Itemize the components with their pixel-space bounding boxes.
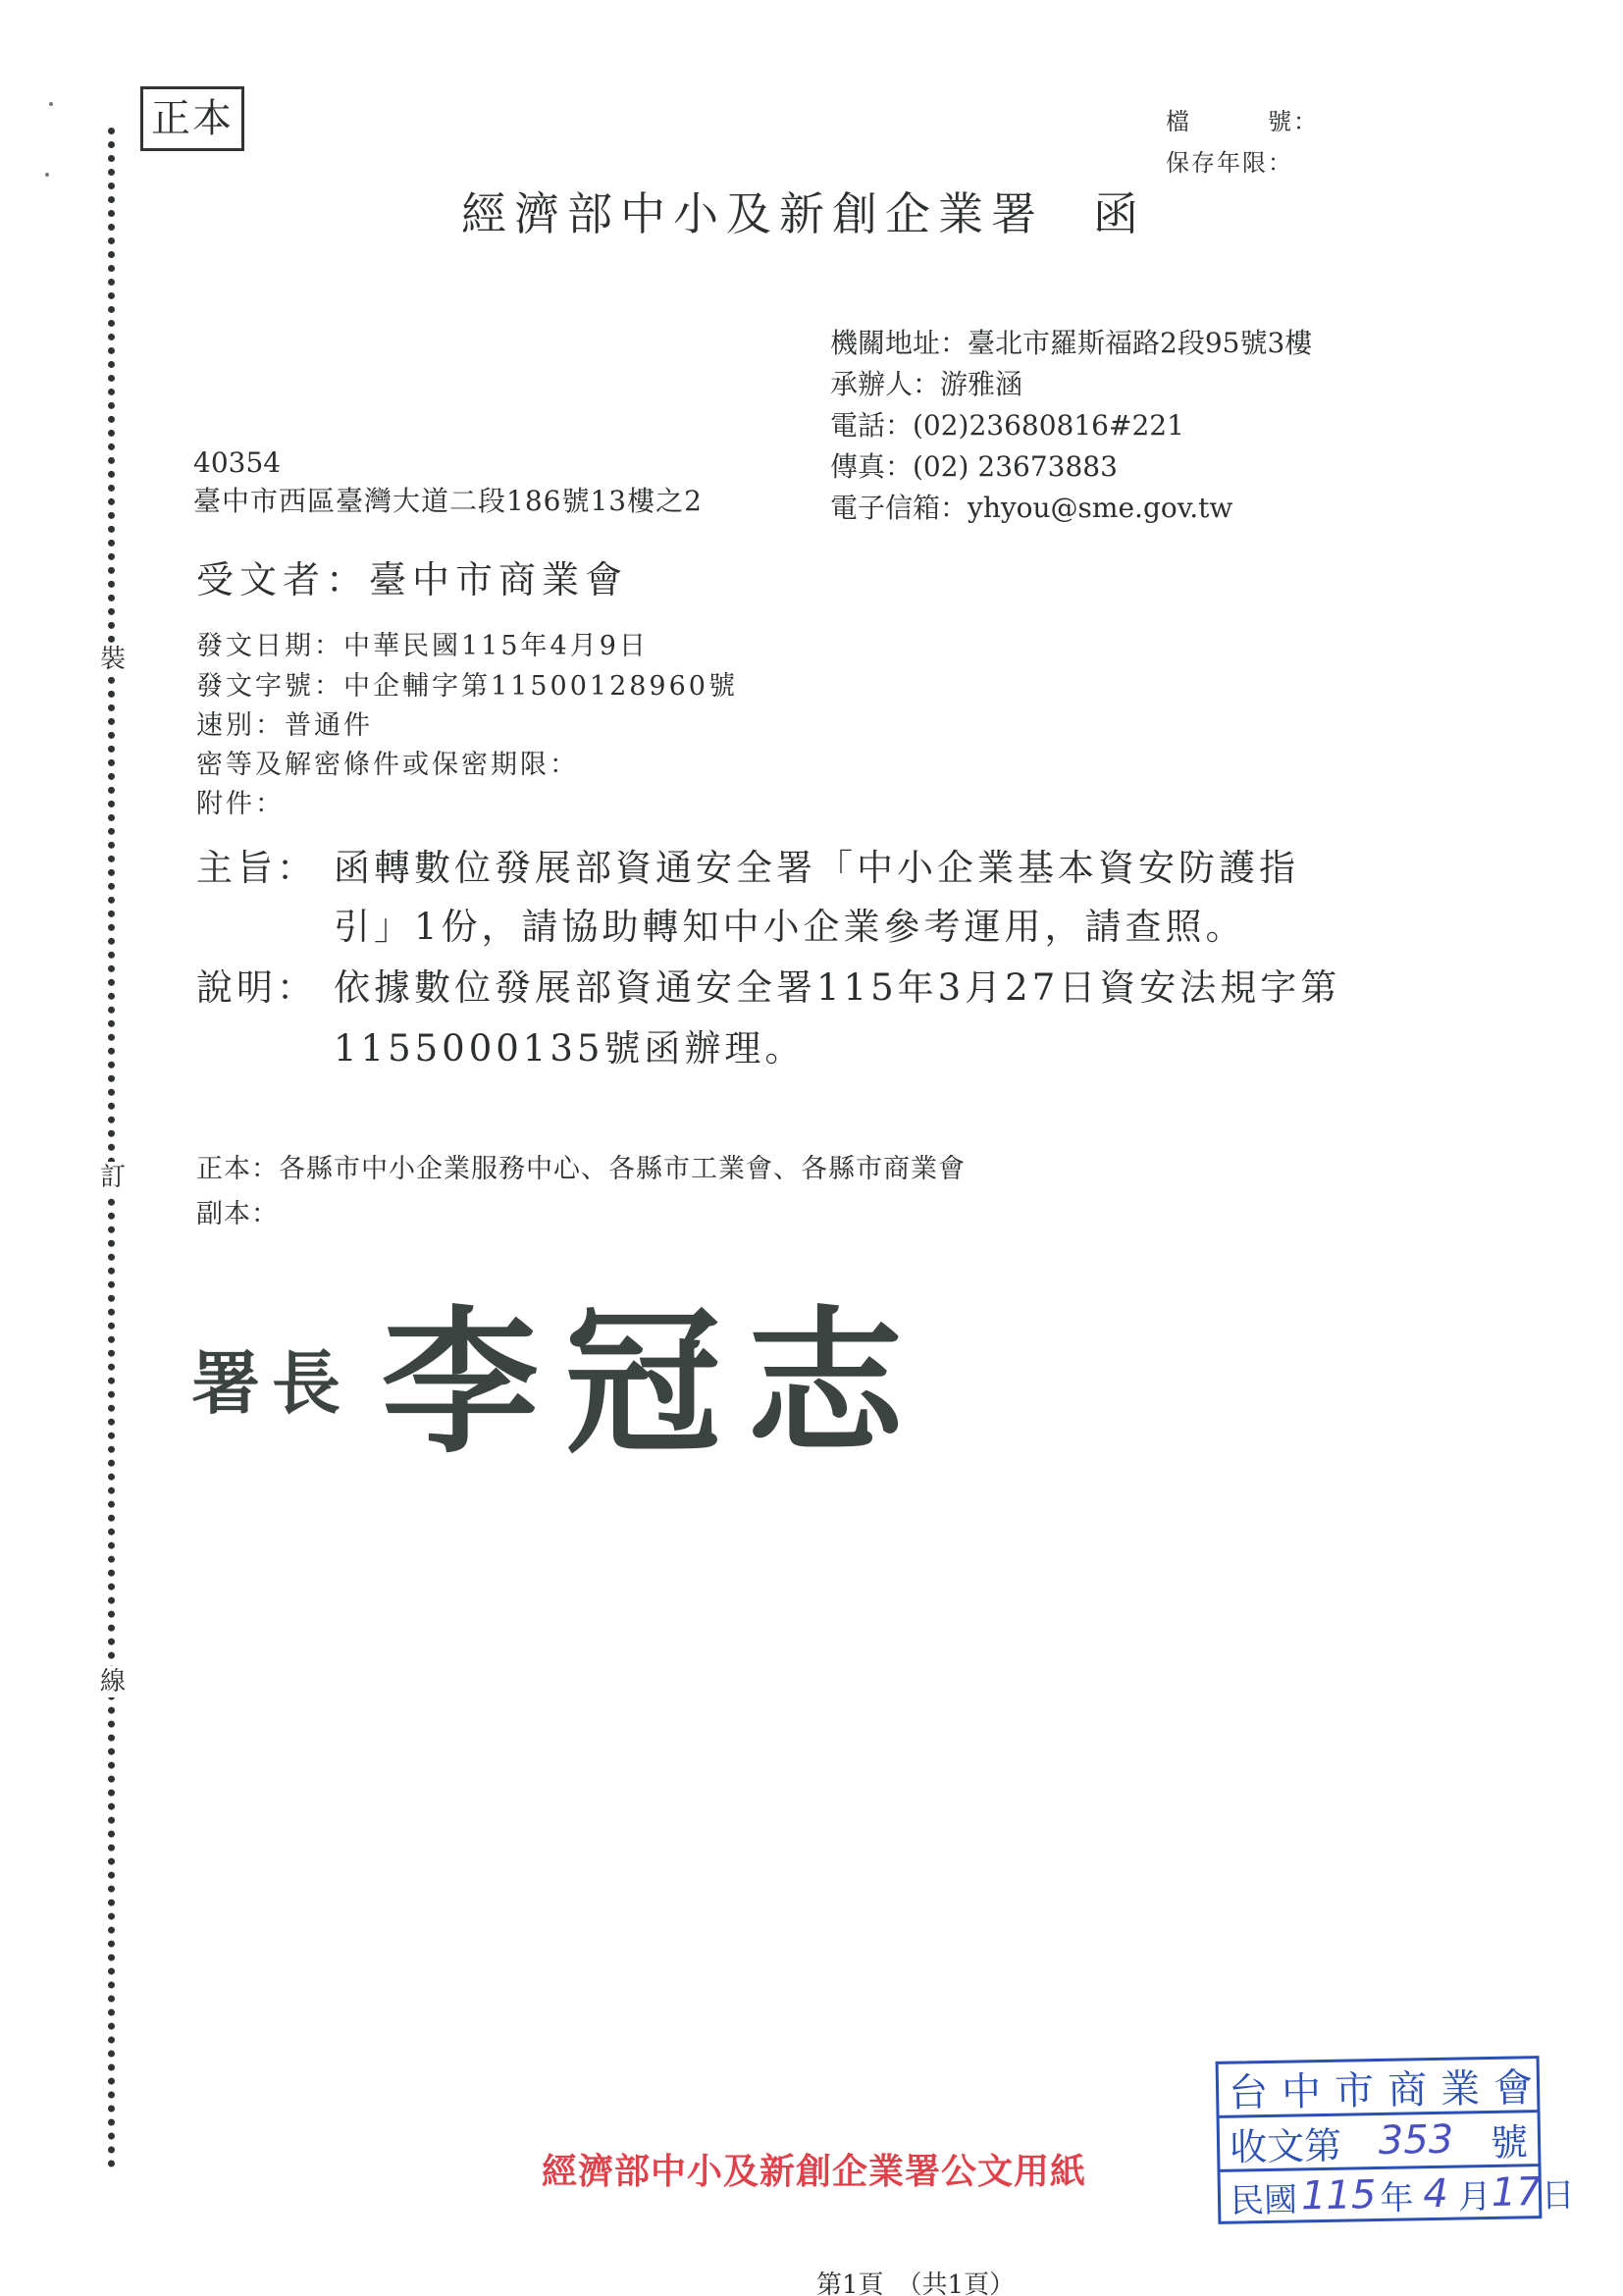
agency-phone: 電話：(02)23680816#221 (830, 412, 1184, 440)
issue-date: 發文日期：中華民國115年4月9日 (196, 633, 649, 659)
binding-dotted-line (108, 128, 115, 2168)
speed-class: 速別：普通件 (196, 712, 373, 739)
distribution-original: 正本：各縣市中小企業服務中心、各縣市工業會、各縣市商業會 (196, 1156, 966, 1182)
explanation-label: 說明： (196, 969, 317, 1006)
binding-label-xian: 線 (100, 1666, 126, 1697)
stamp-receipt-suffix: 號 (1491, 2112, 1529, 2166)
recipient-zip: 40354 (193, 449, 281, 477)
scan-speck (49, 102, 53, 106)
subject-line-2: 引」1份，請協助轉知中小企業參考運用，請查照。 (334, 909, 1246, 945)
stamp-year-suffix: 年 (1380, 2170, 1414, 2219)
explanation-line-1: 依據數位發展部資通安全署115年3月27日資安法規字第 (334, 969, 1340, 1006)
agency-name: 經濟部中小及新創企業署 (461, 187, 1044, 240)
receipt-stamp: 台中市商業會 收文第 353 號 民國 115 年 4 月 17 日 (1216, 2056, 1543, 2224)
document-title: 經濟部中小及新創企業署函 (461, 191, 1146, 236)
binding-label-ding: 訂 (100, 1162, 126, 1193)
subject-label: 主旨： (196, 850, 317, 886)
binding-label-zhuang: 裝 (100, 644, 126, 675)
stamp-date-prefix: 民國 (1230, 2172, 1298, 2221)
distribution-copy: 副本： (196, 1201, 279, 1227)
stamp-month: 4 (1423, 2171, 1448, 2217)
stamp-org-row: 台中市商業會 (1219, 2059, 1538, 2118)
document-kind: 函 (1093, 187, 1146, 240)
stamp-org: 台中市商業會 (1229, 2057, 1547, 2118)
scan-speck (45, 173, 49, 177)
subject-line-1: 函轉數位發展部資通安全署「中小企業基本資安防護指 (334, 850, 1299, 886)
footer-brand: 經濟部中小及新創企業署公文用紙 (542, 2155, 1086, 2190)
issue-number: 發文字號：中企輔字第11500128960號 (196, 673, 738, 700)
agency-email: 電子信箱：yhyou@sme.gov.tw (830, 495, 1232, 522)
recipient-address: 臺中市西區臺灣大道二段186號13樓之2 (193, 488, 703, 515)
stamp-month-suffix: 月 (1457, 2169, 1492, 2218)
signatory-title: 署長 (191, 1343, 352, 1424)
stamp-receipt-number: 353 (1341, 2116, 1492, 2165)
secrecy-level: 密等及解密條件或保密期限： (196, 752, 579, 778)
signatory-name: 李冠志 (382, 1291, 929, 1475)
recipient: 受文者：臺中市商業會 (196, 561, 628, 599)
stamp-number-row: 收文第 353 號 (1220, 2113, 1539, 2172)
agency-handler: 承辦人：游雅涵 (830, 371, 1022, 398)
agency-address: 機關地址：臺北市羅斯福路2段95號3樓 (830, 330, 1312, 357)
retention-label: 保存年限： (1166, 151, 1293, 175)
stamp-date-row: 民國 115 年 4 月 17 日 (1221, 2166, 1540, 2223)
stamp-year: 115 (1301, 2172, 1377, 2218)
page-number: 第1頁 （共1頁） (816, 2272, 1015, 2296)
signature-seal: 署長李冠志 (191, 1305, 929, 1462)
agency-fax: 傳真：(02) 23673883 (830, 453, 1118, 481)
stamp-day-suffix: 日 (1541, 2167, 1575, 2217)
attachments: 附件： (196, 791, 285, 817)
copy-type-box: 正本 (140, 86, 244, 151)
stamp-receipt-prefix: 收文第 (1230, 2114, 1342, 2170)
stamp-day: 17 (1491, 2169, 1542, 2216)
explanation-line-2: 1155000135號函辦理。 (334, 1030, 805, 1067)
file-number-label: 檔 號： (1166, 110, 1319, 133)
